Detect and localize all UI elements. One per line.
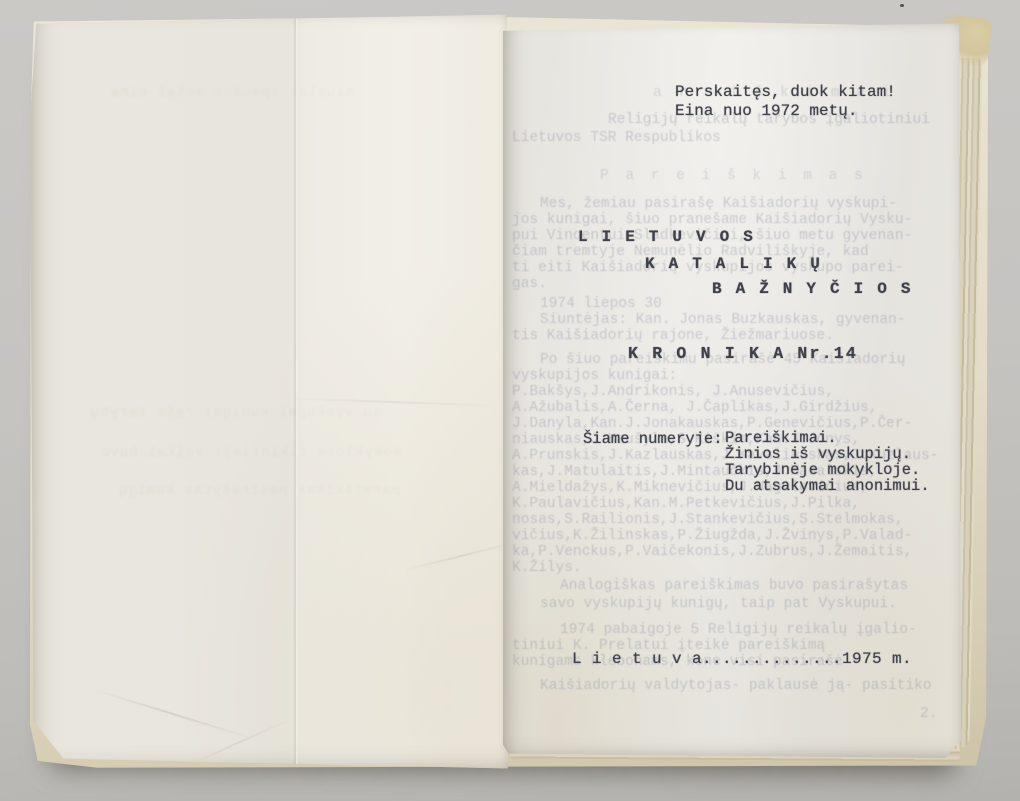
contents-item: Žinios iš vyskupijų. [725, 446, 930, 462]
bleedthrough-line: 1974 pabaigoje 5 Religijų reikalų įgalio… [560, 622, 917, 638]
bleedthrough-line: vičius,K.Žilinskas,P.Žiugžda,J.Žvinys,P.… [512, 528, 912, 544]
showthrough-smudge: niuolat spaudos metai eina [110, 85, 354, 101]
paper-crease [91, 688, 254, 740]
vertical-fold-crease [293, 13, 298, 770]
title-line-baznycios: B A Ž N Y Č I O S [712, 280, 913, 298]
paper-crease [404, 541, 519, 571]
bleedthrough-line: savo vyskupijų kunigų, taip pat Vyskupui… [540, 596, 897, 612]
footer-imprint: L i e t u v a..............1975 m. [572, 650, 912, 668]
bleedthrough-line: nosas,S.Railionis,J.Stankevičius,S.Stelm… [512, 512, 904, 528]
right-title-page: a r e i š k i m a iReligijų reikalų tary… [503, 22, 961, 758]
title-line-lietuvos: L I E T U V O S [578, 228, 755, 246]
bleedthrough-line: gas. [512, 276, 547, 292]
bleedthrough-line: vyskupijos kunigai: [512, 368, 677, 384]
bleedthrough-line: K.Paulavičius,Kan.M.Petkevičius,J.Pilka, [512, 496, 860, 512]
bleedthrough-line: 1974 liepos 30 [540, 296, 662, 312]
showthrough-smudge: pareiškimas pasirašytas kunigų [118, 483, 400, 499]
bleedthrough-line: jos kunigai, šiuo pranešame Kaišiadorių … [512, 212, 912, 228]
contents-list: Pareiškimai.Žinios iš vyskupijų.Tarybinė… [725, 430, 930, 494]
bleedthrough-line: K.Žilys. [512, 560, 582, 576]
left-blank-page: niuolat spaudos metai einaau vyskupai ku… [30, 13, 508, 770]
instruction-line-1: Perskaitęs, duok kitam! [675, 83, 896, 102]
showthrough-smudge: mokyklose tikintieji vaikai buvo [100, 445, 401, 461]
contents-item: Pareiškimai. [725, 430, 930, 446]
contents-item: Du atsakymai anonimui. [725, 478, 930, 494]
bleedthrough-line: Siuntėjas: Kan. Jonas Buzkauskas, gyvena… [540, 312, 905, 328]
bleedthrough-line: ka,P.Venckus,P.Vaičekonis,J.Zubrus,J.Žem… [512, 544, 912, 560]
title-line-kataliku: K A T A L I K Ų [645, 255, 822, 273]
bleedthrough-line: tis Kaišiadorių rajone, Žiežmariuose. [512, 328, 834, 344]
contents-item: Tarybinėje mokykloje. [725, 462, 930, 478]
bleedthrough-line: Lietuvos TSR Respublikos [512, 130, 721, 146]
background-speck [900, 4, 904, 7]
bleedthrough-line: Mes, žemiau pasirašę Kaišiadorių vyskupi… [540, 196, 897, 212]
bleedthrough-line: Kaišiadorių valdytojas- paklausė ją- pas… [540, 678, 932, 694]
showthrough-smudge: au vyskupai kunigai rašo tarybų [90, 405, 381, 421]
instruction-line-2: Eina nuo 1972 metų. [675, 102, 896, 121]
bleedthrough-line: 2. [920, 706, 937, 722]
bleedthrough-line: P a r e i š k i m a s [600, 168, 867, 184]
reader-instruction: Perskaitęs, duok kitam! Eina nuo 1972 me… [675, 83, 896, 121]
bleedthrough-line: Analogiškas pareiškimas buvo pasirašytas [560, 578, 908, 594]
photograph-of-open-booklet: niuolat spaudos metai einaau vyskupai ku… [0, 0, 1020, 801]
paper-crease [185, 717, 295, 768]
bleedthrough-line: P.Bakšys,J.Andrikonis, J.Anusevičius, [512, 384, 834, 400]
masthead-kronika-nr14: K R O N I K A Nr.14 [628, 344, 858, 363]
bleedthrough-line: A.Ažubalis,A.Černa, J.Čaplikas,J.Girdžiu… [512, 400, 877, 416]
contents-label: Šiame numeryje: [583, 430, 723, 448]
